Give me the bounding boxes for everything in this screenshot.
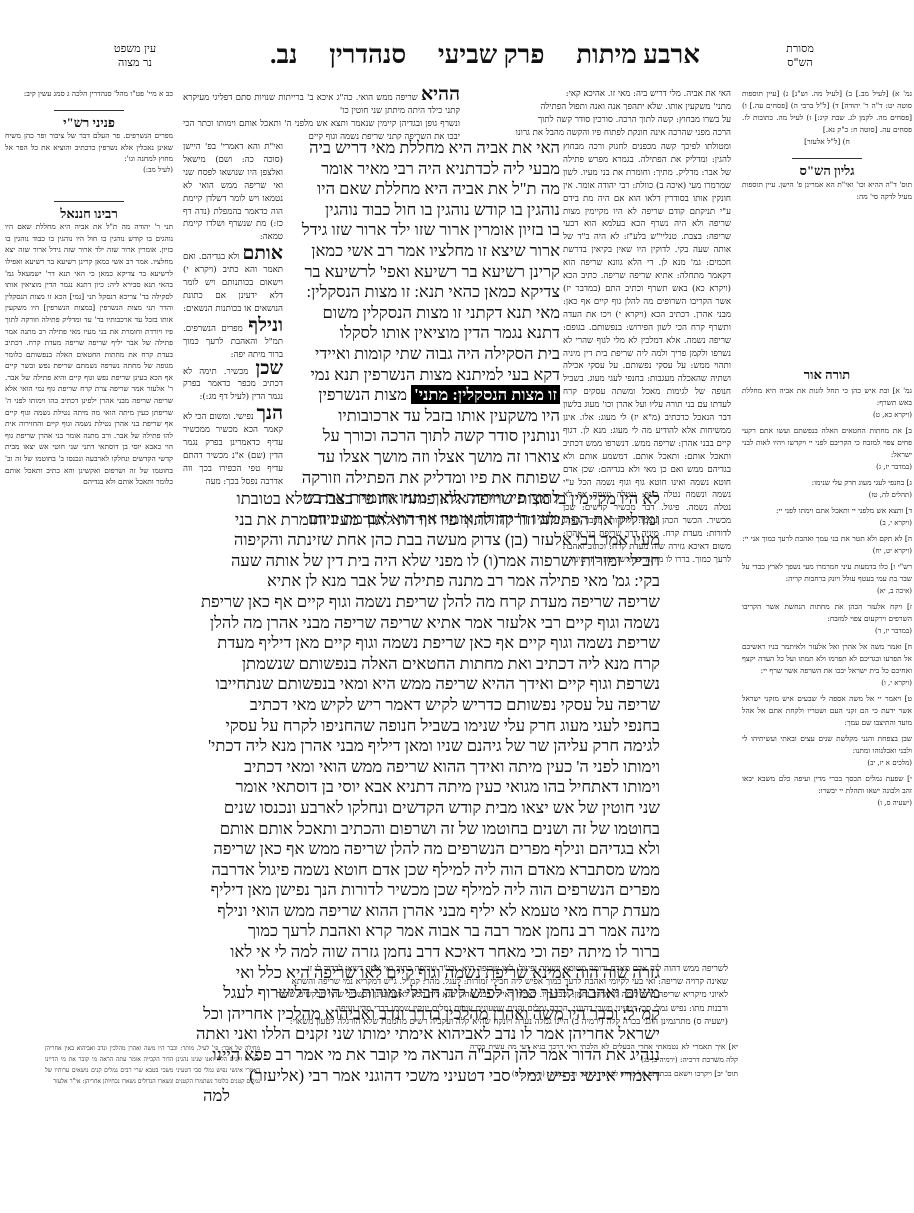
torah-or-item: רש"י ו] כלו בדמעות עיני חמרמרו מעי נשפך … [742,561,912,597]
gemara-line: בקי: גמ' מאי פתילה אמר רב מתנה פתילה של … [183,571,660,592]
gemara-line: חבילי זמורות ושרפוה אמר(ו) לו מפני שלא ה… [183,551,660,572]
mesoret-label: מסורת [770,42,830,56]
gemara-line: שריפה על עסקי נפשותם כדריש לקיש דאמר ריש… [183,695,660,716]
rashi-line: האי את אביה. מלי דריש ביה: מאי זו. אהיכא… [463,88,731,101]
gemara-line: לגימה חרק עליהן שר של גיהנם שניו ומאן די… [183,736,660,757]
tosafot-line: ורבנות מתו: נפיש גמלי סבי דטעיני משכי דה… [183,1003,728,1016]
chapter-number: פרק שביעי [438,40,545,70]
mesoret-item: [סוטה ח: כ"ק נא.] [823,125,878,134]
page-header: ארבע מיתות פרק שביעי סנהדרין נב. [270,38,700,72]
mesoret-hashas-list: גמ' א) [לעיל מב.] ב) [לעיל מה. וש"נ] ג) … [742,88,912,148]
torah-or-item: שבן בצפחת והנני מקלשת שנים עצים ובאתי וע… [742,733,912,769]
tosafot-heading: הנך [257,402,283,424]
tosafot-line: לאיוני מיקריא שריפה ברור לומה לו מדרב נח… [183,989,728,1002]
rabbeinu-chananel-text: תני ר' יהודה מה ת"ל את אביה היא מחללת שא… [5,221,173,488]
gemara-line: דקא בעי למיתנא מצות הנשרפין תנא נמי [288,365,560,386]
gemara-line: וימותו דאתחיל בהו מגואי כעין מיתה דתניא … [183,777,660,798]
gemara-line: נשמה וגוף קיים רבי אלעזר אמר אתיא שריפה … [183,613,660,634]
ner-mitzvah-label: נר מצוה [100,56,170,70]
tosafot-heading: שכן [255,357,283,379]
gemara-line: קרח מנא ליה דכתיב ואת מחתות החטאים האלה … [183,654,660,675]
rashi-line: על בשרו מבחוץ: קשה לתוך הרכה. סורכין סוד… [463,114,731,127]
tosafot-heading: ונילף [248,314,283,336]
gilyon-hashas-title: גליון הש"ס [742,165,912,177]
ein-mishpat-header: עין משפט נר מצוה [100,42,170,70]
torah-or-item: ז] ויקח אלעזר הכהן את מחתות הנחשת אשר הק… [742,601,912,637]
gemara-line: היו משקעין אותו בזבל עד ארכובותיו [288,406,560,427]
pninei-rashi-text: מפרים הנשרפים. פר העלם דבר של ציבור ופר … [5,130,173,165]
torah-or-bottom: יא] איך תאמרי לא נטמאתי אחרי הבעלים לא ה… [470,1040,738,1081]
torah-or-item: ח] ואמר משה אל אהרן ואל אלעזר ולאיתמר בנ… [742,641,912,689]
gemara-line: שני חוטין של אש יצאו מבית קודש הקדשים ונ… [183,798,660,819]
torah-or-item: י] שפעת גמלים תכסך בכרי מדין ועיפה כלם מ… [742,773,912,809]
mesoret-header: מסורת הש"ס [770,42,830,70]
boxed-heading: זו מצות הנסקלין: מתני' [411,385,560,404]
mesoret-item: ח) [ל"ל אלעזר] [742,136,912,148]
torah-or-item: ג] בחנפי לעגי מעוג חרק עלי שנימו:(תהלים … [742,477,912,501]
mesoret-item: ה) [פסחים עה.] [750,101,798,110]
torah-or-item: גמ' א] ובת איש כהן כי תחל לזנות את אביה … [742,385,912,421]
catchword: למה [183,1086,660,1107]
rabbeinu-chananel-title: רבינו חננאל [5,208,173,220]
torah-or-bottom-verse: יא] איך תאמרי לא נטמאתי אחרי הבעלים לא ה… [470,1042,738,1064]
mesoret-item: ב) [לעיל מה. וש"נ] [792,89,852,98]
gemara-line: בחנפי לעגי מעוג חרק עלי שנימו בשביל חנופ… [183,716,660,737]
gemara-line: האי את אביה היא מחללת מאי דריש ביה [288,138,560,159]
gemara-line: ארור שיצא זו מחלציו אמר רב אשי כמאן [288,241,560,262]
tractate-name: סנהדרין [329,40,406,70]
ein-mishpat-label: עין משפט [100,42,170,56]
gemara-line: שפותח את פיו ומדליק את הפתילה וזורקה [288,468,560,489]
gemara-line: נוהגין בו קודש נוהגין בו חול כבוד נוהגין [288,200,560,221]
gemara-line: שריפת נשמה וגוף קיים אף כאן שריפת נשמה ו… [183,633,660,654]
tosafot-text: נפישי. ומשום הכי לא קאמר הכא מכשיר ממכשי… [183,412,283,487]
gemara-line: ומדליק את הפתילה וזורקה לתוך פיו ויורדת … [183,510,660,531]
gemara-line: מפרים הנשרפים הוה ליה למילף שכן מכשיר לד… [183,880,660,901]
gemara-line: דתנא נגמר הדין מוציאין אותו לסקלו [288,323,560,344]
tosafot-heading: אותם [242,242,283,264]
tosafot-commentary-top: ההיא שריפה ממש הואי. כה"ג איכא ב' ברייתו… [183,88,460,144]
gemara-line: בו בזיון אומרין ארור שזו ילד ארור שזו גי… [288,220,560,241]
gemara-line: מבעי ליה לכדתניא היה רבי מאיר אומר [288,159,560,180]
tosafot-line: (ישעיה ס) מתרגמינן הוגני בכרה קלה (ירמיה… [183,1016,728,1029]
gemara-line: מעדת קרח מאי טעמא לא יליף מבני אהרן ההוא… [183,901,660,922]
gilyon-hashas-text: תוס' ד"ה ההיא וכו' ואי"ת הא אמרינן פ' הי… [742,179,912,203]
right-margin: גמ' א) [לעיל מב.] ב) [לעיל מה. וש"נ] ג) … [742,88,912,809]
gemara-line: וימותו לפני ה' כעין מיתה ואידך ההוא שריפ… [183,757,660,778]
gemara-line: שריפה שריפה מעדת קרח מה להלן שריפת נשמה … [183,592,660,613]
page-number: נב. [270,40,298,70]
torah-or-item: ד] ותצא אש מלפני יי ותאכל אתם וימתו לפני… [742,505,912,529]
pninei-rashi-title: פניני רש"י [5,117,173,129]
gemara-line: קרינן רשיעא בר רשיעא ואפי' לרשיעא בר [288,262,560,283]
rashi-line: מתני' משקעין אותו. שלא יתהפך אנה ואנה ות… [463,101,731,114]
gemara-line: צוארו זה מושך אצלו וזה מושך אצלו עד [288,447,560,468]
pninei-rashi-ref: (לעיל מב:) [5,165,173,177]
gemara-line: ברור לו מיתה יפה וכי מאחר דאיכא דרב נחמן… [183,942,660,963]
hashas-label: הש"ס [770,56,830,70]
torah-or-item: ב] את מחתות החטאים האלה בנפשתם ועשו אתם … [742,425,912,473]
mesoret-item: גמ' א) [לעיל מב.] [856,89,912,98]
gemara-line: לא היו מקיימין בו מצות שריפה אלא פותח את… [183,489,660,510]
mishnah-start-line: זו מצות הנסקלין: מתני' מצות הנשרפין [288,385,560,406]
torah-or-item: ט] ויאמר יי אל משה אספה לי שבעים איש מזק… [742,693,912,729]
tosafot-line: שריפה ממש הואי. כה"ג איכא ב' ברייתות שנו… [183,93,460,116]
torah-or-title: תורה אור [742,369,912,381]
gemara-line: צדיקא כמאן כהאי תנא: זו מצות הנסקלין: [288,282,560,303]
left-margin: כב א מיי' פט"ו מהל' סנהדרין הלכה ג סמג ע… [5,88,173,488]
tosafot-line: לשריפה ממש דהוה ליה אדם מאדם ודומה מטומא… [183,963,728,976]
torah-or-item: ה] לא תקם ולא תטר את בני עמך ואהבת לרעך … [742,533,912,557]
tosafot-commentary-bottom: לשריפה ממש דהוה ליה אדם מאדם ודומה מטומא… [183,963,728,1029]
rashi-bottom-note: מחילה של אבר: פי' לעיל. מותר: וכבר היו מ… [45,1043,260,1087]
ornament-divider [792,158,862,159]
rashi-commentary-top: האי את אביה. מלי דריש ביה: מאי זו. אהיכא… [463,88,731,140]
tosafot-text: ואי"ת והא דאמרי' בפ' היישן (סוכה כה: ושם… [183,141,283,244]
gemara-line: מה ת"ל את אביה היא מחללת שאם היו [288,179,560,200]
gemara-main-text: האי את אביה היא מחללת מאי דריש ביה מבעי … [288,138,560,529]
ornament-divider [54,201,124,202]
gemara-line: מינה אמר רב נחמן אמר רבה בר אבוה אמר קרא… [183,921,660,942]
gemara-line: מאי תנא דקתני זו מצות הנסקלין משום [288,303,560,324]
chapter-name: ארבע מיתות [576,40,700,70]
gemara-line: בית הסקילה היה גבוה שתי קומות ואיידי [288,344,560,365]
tosafot-commentary-column: ואי"ת והא דאמרי' בפ' היישן (סוכה כה: ושם… [183,141,283,489]
torah-or-bottom-verse: תוס' יב] ויקרבו וישאם בכתנתם אל מחוץ למח… [547,1069,738,1078]
gemara-line: ונותנין סודר קשה לתוך הרכה וכורך על [288,426,560,447]
gemara-line: ולא בגדיהם ונילף מפרים הנשרפים מה להלן ש… [183,839,660,860]
gemara-line: ממש מסתברא מאדם הוה ליה למילף שכן אדם חו… [183,860,660,881]
ein-mishpat-item: כב א מיי' פט"ו מהל' סנהדרין הלכה ג סמג ע… [5,88,173,100]
tosafot-dibur-hamatchil: ההיא [421,83,460,105]
gemara-line: בחוטמו של זה ושנים בחוטמו של זה ושרפום ו… [183,819,660,840]
gemara-line: נשרפת וגוף קיים ואידך ההיא שריפה ממש היא… [183,674,660,695]
tosafot-line: שאינה קרויה שריפה: ואי בעי לקיומי ואהבת … [183,976,728,989]
gemara-line: מעיו אמר רבי אלעזר (בן) צדוק מעשה בבת כה… [183,530,660,551]
ornament-divider [54,110,124,111]
mishnah-start: מצות הנשרפין [318,385,407,404]
mesoret-item: ד) [ל"ל ברבי [801,101,839,110]
